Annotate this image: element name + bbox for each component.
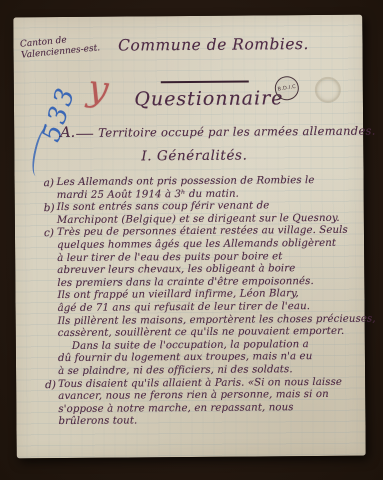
paragraphs: a)Les Allemands ont pris possession de R… bbox=[57, 175, 359, 429]
subsection-heading: I. Généralités. bbox=[104, 147, 284, 164]
section-label: A. bbox=[60, 125, 75, 141]
paragraph-b: b)Ils sont entrés sans coup férir venant… bbox=[57, 200, 357, 228]
embossed-stamp bbox=[315, 77, 341, 103]
section-title: Territoire occupé par les armées alleman… bbox=[98, 124, 376, 140]
paragraph-continuation: Dans la suite de l'occupation, la popula… bbox=[58, 338, 358, 378]
document-page: t l ul m nt s d s l s n s e l a r Canton… bbox=[13, 15, 365, 459]
paragraph-a: a)Les Allemands ont pris possession de R… bbox=[57, 175, 357, 203]
paragraph-label: b) bbox=[44, 202, 55, 215]
paragraph-d: d)Tous disaient qu'ils allaient à Paris.… bbox=[58, 376, 358, 429]
paragraph-label: a) bbox=[44, 177, 54, 190]
paragraph-label: c) bbox=[44, 227, 54, 240]
paragraph-label: d) bbox=[45, 379, 56, 392]
photo-background: t l ul m nt s d s l s n s e l a r Canton… bbox=[0, 0, 383, 480]
text-line: avancer, nous ne ferons rien à personne,… bbox=[58, 389, 358, 404]
paragraph-c: c)Très peu de personnes étaient restées … bbox=[57, 225, 358, 341]
canton-annotation: Canton de Valenciennes-est. bbox=[20, 32, 101, 61]
red-pencil-mark: y bbox=[86, 68, 111, 111]
section-heading: A.Territoire occupé par les armées allem… bbox=[60, 120, 376, 141]
divider-line bbox=[161, 81, 249, 84]
section-dash bbox=[76, 133, 93, 135]
bdic-stamp-label: B.D.I.C bbox=[277, 84, 296, 93]
text-line: brûlerons tout. bbox=[58, 414, 358, 429]
text-line: quelques hommes âgés que les Allemands o… bbox=[57, 238, 357, 253]
commune-title: Commune de Rombies. bbox=[108, 35, 318, 55]
questionnaire-title: Questionnaire bbox=[124, 87, 294, 110]
text-line: Les Allemands ont pris possession de Rom… bbox=[57, 175, 357, 190]
